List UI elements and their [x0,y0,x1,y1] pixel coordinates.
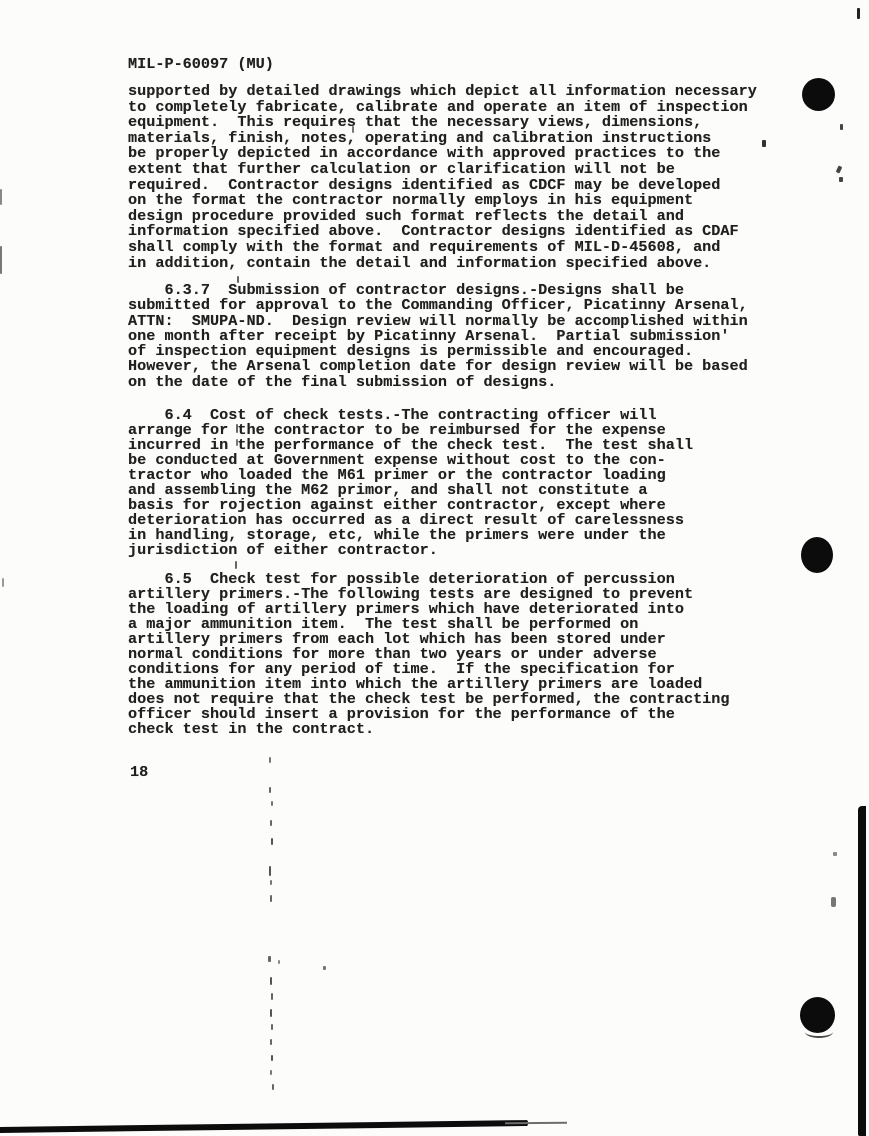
scan-speck [0,189,2,205]
paragraph-6-4-cost-of-check-tests: 6.4 Cost of check tests.-The contracting… [128,408,693,558]
hole-punch-dot-top [802,78,835,111]
fold-crease-mark [272,1084,274,1090]
scan-speck [2,578,4,587]
fold-crease-mark [270,880,272,885]
scan-speck [857,8,860,19]
fold-crease-mark [237,276,239,283]
hole-punch-dot-bottom-tail [805,1026,833,1038]
fold-crease-mark [270,977,272,985]
paragraph-6-5-check-test: 6.5 Check test for possible deterioratio… [128,572,730,737]
fold-crease-mark [270,895,272,902]
scan-speck [836,165,843,173]
fold-crease-mark [270,820,272,826]
bottom-edge-scan-bar [0,1120,528,1133]
bottom-edge-scan-bar-tail [505,1122,567,1125]
scan-speck [268,956,271,962]
scan-speck [839,177,843,182]
hole-punch-dot-middle [801,537,833,573]
fold-crease-mark [271,1024,273,1030]
document-id-header: MIL-P-60097 (MU) [128,57,274,72]
fold-crease-mark [236,424,238,433]
right-edge-scan-bar [858,806,866,1136]
fold-crease-mark [269,787,271,793]
scan-speck [831,897,836,907]
scan-speck [833,852,837,856]
fold-crease-mark [271,1055,273,1061]
fold-crease-mark [270,1009,272,1017]
fold-crease-mark [271,993,273,1000]
scan-speck [278,960,280,964]
fold-crease-mark [236,439,238,446]
page-number: 18 [130,765,148,780]
scan-speck [762,140,766,147]
fold-crease-mark [270,1039,272,1045]
fold-crease-mark [269,757,271,763]
fold-crease-mark [271,801,273,806]
scan-speck [323,966,326,970]
scanned-document-page: MIL-P-60097 (MU) supported by detailed d… [0,0,869,1136]
paragraph-6-3-7-submission: 6.3.7 Submission of contractor designs.-… [128,283,748,390]
scan-speck [840,124,843,130]
fold-crease-mark [235,561,237,569]
fold-crease-mark [270,1070,272,1075]
paragraph-contractor-designs: supported by detailed drawings which dep… [128,84,757,271]
fold-crease-mark [269,866,271,876]
fold-crease-mark [352,126,354,133]
fold-crease-mark [271,838,273,845]
scan-speck [0,246,2,274]
